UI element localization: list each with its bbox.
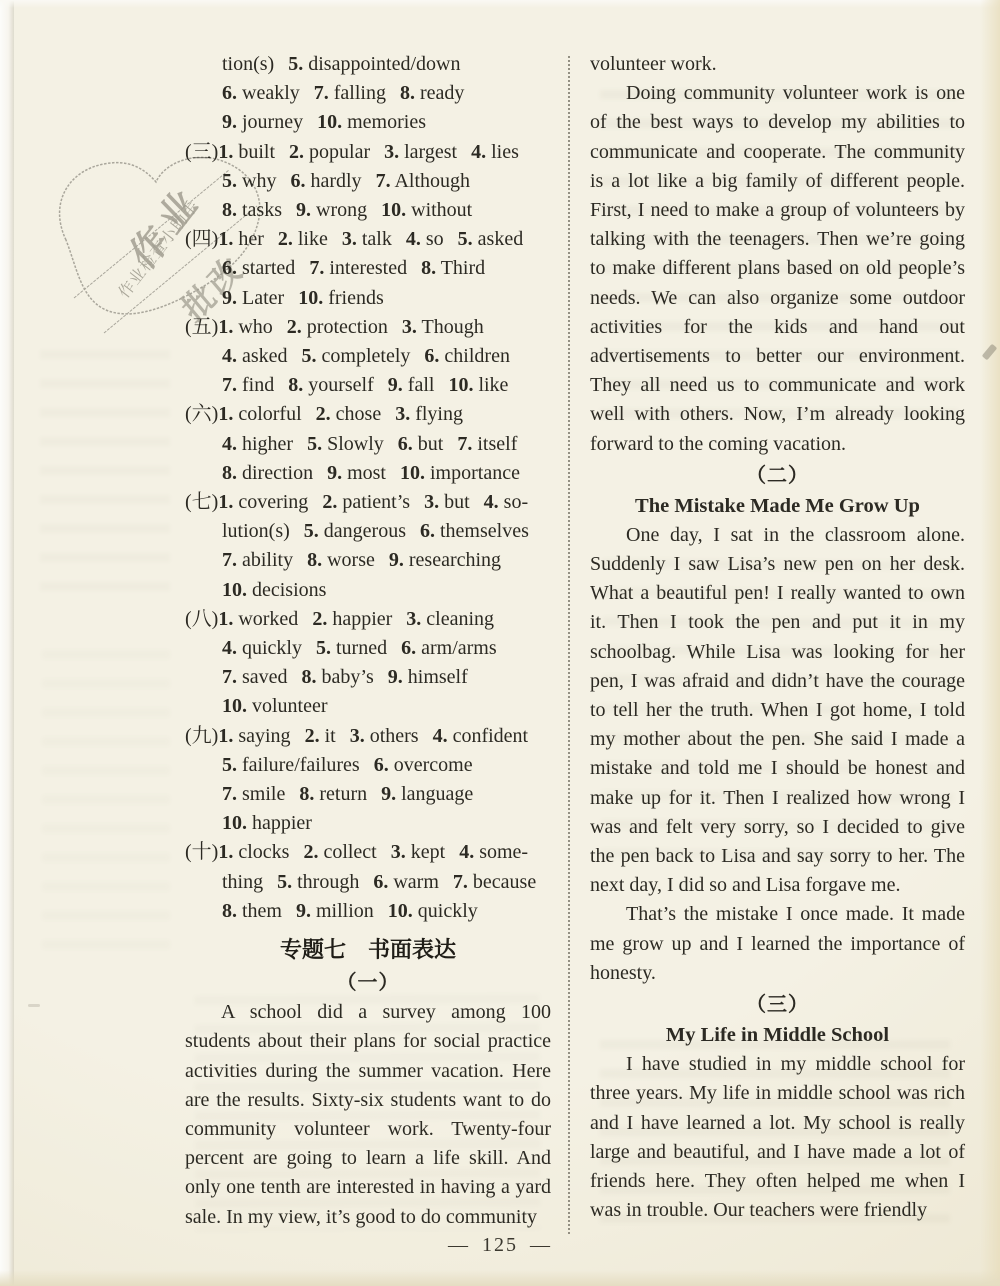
answer-line: 7. saved 8. baby’s 9. himself [185,663,551,692]
answer-line: 8. them 9. million 10. quickly [185,897,551,926]
right-column: volunteer work. Doing community voluntee… [590,50,965,1225]
answer-line: thing 5. through 6. warm 7. because [185,868,551,897]
answer-line: (四)1. her 2. like 3. talk 4. so 5. asked [185,225,551,254]
essay-paragraph: That’s the mistake I once made. It made … [590,900,965,988]
page-edge-right [980,0,1000,1286]
essay-paragraph: One day, I sat in the classroom alone. S… [590,521,965,901]
answer-line: (三)1. built 2. popular 3. largest 4. lie… [185,138,551,167]
answer-line: 4. higher 5. Slowly 6. but 7. itself [185,430,551,459]
subsection-label-1: （一） [185,968,551,998]
left-column: tion(s) 5. disappointed/down6. weakly 7.… [185,50,551,1232]
essay-title: The Mistake Made Me Grow Up [590,491,965,521]
answer-line: 8. direction 9. most 10. importance [185,459,551,488]
answer-line: 6. started 7. interested 8. Third [185,254,551,283]
essay-title: My Life in Middle School [590,1020,965,1050]
answer-line: (七)1. covering 2. patient’s 3. but 4. so… [185,488,551,517]
answer-line: 6. weakly 7. falling 8. ready [185,79,551,108]
answer-line: lution(s) 5. dangerous 6. themselves [185,517,551,546]
answer-line: 4. asked 5. completely 6. children [185,342,551,371]
column-divider [568,56,570,1234]
answer-line: (八)1. worked 2. happier 3. cleaning [185,605,551,634]
answer-line: tion(s) 5. disappointed/down [185,50,551,79]
answer-line: 7. smile 8. return 9. language [185,780,551,809]
answer-key-list: tion(s) 5. disappointed/down6. weakly 7.… [185,50,551,926]
bleedthrough-smudge [42,650,170,950]
scanned-book-page: 作业 作业检查小助手 批改 tion(s) 5. disappointed/do… [0,0,1000,1286]
answer-line: 8. tasks 9. wrong 10. without [185,196,551,225]
page-number: — 125 — [0,1234,1000,1257]
answer-line: 5. why 6. hardly 7. Although [185,167,551,196]
answer-line: 4. quickly 5. turned 6. arm/arms [185,634,551,663]
answer-line: (九)1. saying 2. it 3. others 4. confiden… [185,722,551,751]
page-edge-bottom [0,1270,1000,1286]
continuation-line: volunteer work. [590,50,965,79]
answer-line: 9. journey 10. memories [185,108,551,137]
answer-line: (六)1. colorful 2. chose 3. flying [185,400,551,429]
essay-paragraph: A school did a survey among 100 students… [185,998,551,1232]
page-edge-left [0,0,14,1286]
answer-line: 9. Later 10. friends [185,284,551,313]
bleedthrough-smudge [40,350,170,610]
answer-line: 10. decisions [185,576,551,605]
answer-line: 5. failure/failures 6. overcome [185,751,551,780]
subsection-label-2: （二） [590,461,965,491]
page-edge-top [0,0,1000,8]
essay-paragraph: I have studied in my middle school for t… [590,1050,965,1225]
answer-line: (五)1. who 2. protection 3. Though [185,313,551,342]
answer-line: 10. volunteer [185,692,551,721]
answer-line: 7. find 8. yourself 9. fall 10. like [185,371,551,400]
answer-line: 10. happier [185,809,551,838]
essay-paragraph: Doing community volunteer work is one of… [590,79,965,459]
subsection-label-3: （三） [590,990,965,1020]
scan-speck [28,1004,40,1007]
answer-line: (十)1. clocks 2. collect 3. kept 4. some- [185,838,551,867]
section-heading: 专题七 书面表达 [185,934,551,966]
answer-line: 7. ability 8. worse 9. researching [185,546,551,575]
